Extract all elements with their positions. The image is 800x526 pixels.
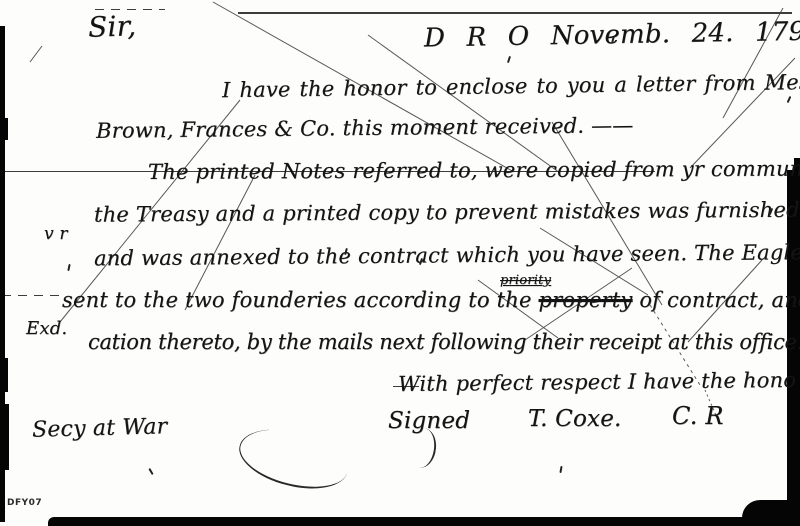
crease-line: [30, 46, 42, 62]
margin-examined-note: Exd.: [26, 318, 67, 339]
microfilm-corner-label: DFY07: [7, 498, 42, 508]
struck-word: property: [539, 288, 633, 312]
closing-line: With perfect respect I have the hono: [398, 368, 796, 396]
margin-check-mark: v r: [44, 224, 68, 244]
ruled-line-top: [238, 12, 792, 14]
body-line: cation thereto, by the mails next follow…: [88, 330, 800, 354]
body-text: sent to the two founderies according to …: [62, 288, 539, 312]
signature-initials: C. R: [672, 402, 724, 430]
scan-edge-left: [0, 404, 9, 470]
scan-edge-corner: [742, 500, 800, 526]
crease-line: [368, 35, 560, 173]
body-line: the Treasy and a printed copy to prevent…: [94, 197, 800, 226]
body-line-with-correction: sent to the two founderies according to …: [62, 288, 800, 312]
scan-edge-left: [0, 118, 8, 140]
ink-speck: [103, 18, 105, 21]
scan-edge-bottom: [48, 517, 800, 526]
addressee-note: Secy at War: [32, 414, 168, 443]
scan-edge-left: [0, 358, 8, 392]
inserted-word: priority: [500, 273, 551, 288]
signature-name: T. Coxe.: [528, 406, 622, 432]
body-line: The printed Notes referred to, were copi…: [148, 156, 800, 184]
ruled-line-left-dashes: [2, 295, 60, 296]
salutation: Sir,: [87, 9, 136, 44]
body-text: of contract, and of appli: [632, 288, 800, 312]
scanned-letter-page: Sir, D R O Novemb. 24. 1794 I have the h…: [0, 0, 800, 526]
